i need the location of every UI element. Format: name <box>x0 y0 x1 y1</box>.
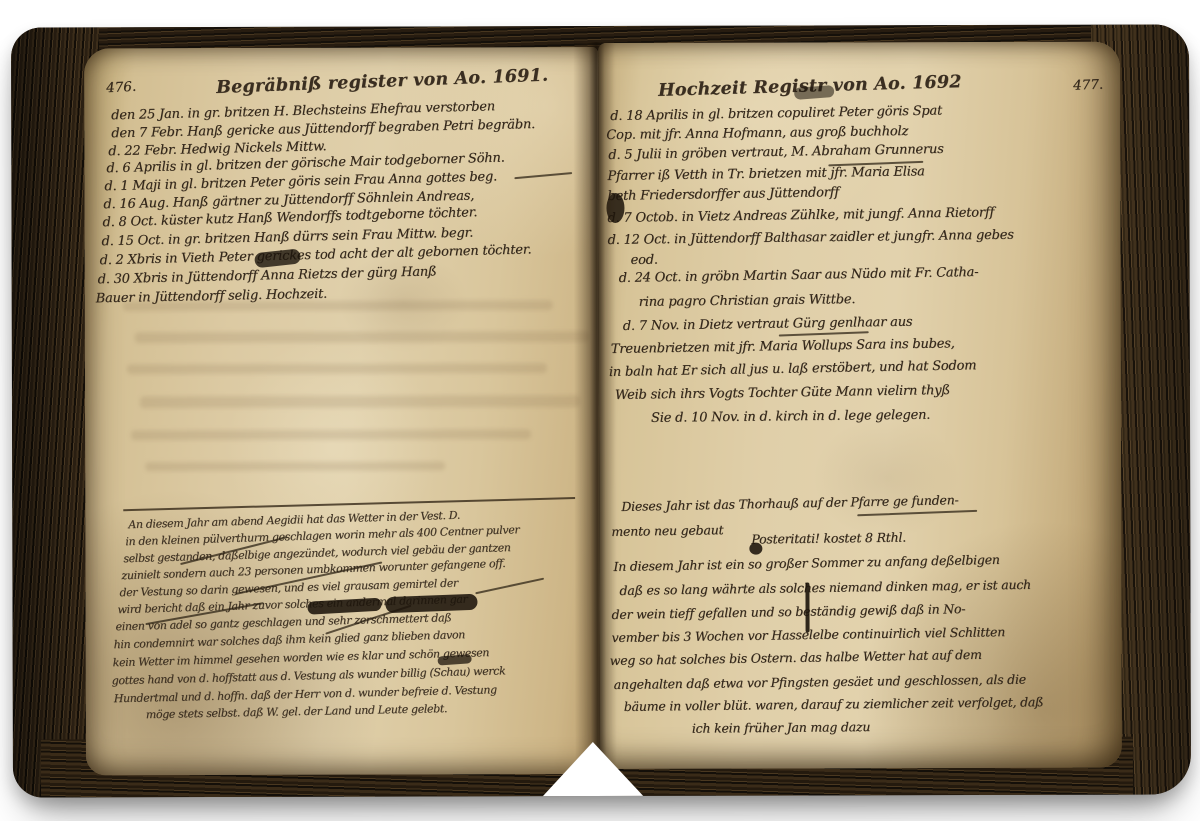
show-through <box>127 363 547 374</box>
ink-smudge <box>794 85 835 100</box>
register-entry-line: beth Friedersdorffer aus Jüttendorff <box>607 185 839 204</box>
note-line: angehalten daß etwa vor Pfingsten gesäet… <box>614 672 1026 692</box>
left-page-header: Begräbniß register von Ao. 1691. <box>216 66 549 98</box>
photo-background: 476. Begräbniß register von Ao. 1691. de… <box>0 0 1200 821</box>
register-entry-line: Pfarrer iß Vetth in Tr. brietzen mit jfr… <box>607 164 925 184</box>
show-through <box>145 461 445 471</box>
underline-mark <box>779 331 869 336</box>
bottom-page-gap <box>541 742 645 798</box>
show-through <box>123 300 553 311</box>
right-page-number: 477. <box>1073 77 1104 94</box>
strike-through-mark <box>514 172 572 179</box>
register-entry-line: d. 7 Octob. in Vietz Andreas Zühlke, mit… <box>607 205 994 226</box>
note-line: möge stets selbst. daß W. gel. der Land … <box>146 702 448 721</box>
register-entry-line: d. 5 Julii in gröben vertraut, M. Abraha… <box>608 142 944 163</box>
note-line: ich kein früher Jan mag dazu <box>692 719 870 736</box>
note-line: Posteritati! kostet 8 Rthl. <box>751 530 906 547</box>
ink-blot <box>307 598 382 615</box>
left-page-number: 476. <box>106 79 137 97</box>
register-entry-line: eod. <box>631 253 658 268</box>
ink-blot <box>749 543 762 555</box>
left-page: 476. Begräbniß register von Ao. 1691. de… <box>84 47 600 775</box>
note-line: daß es so lang währte als solches nieman… <box>619 577 1031 598</box>
underline-mark <box>857 510 977 517</box>
register-entry-line: rina pagro Christian grais Wittbe. <box>639 292 856 310</box>
note-line: der wein tieff gefallen und so beständig… <box>611 601 965 622</box>
show-through <box>140 395 580 408</box>
register-entry-line: d. 24 Oct. in gröbn Martin Saar aus Nüdo… <box>619 265 979 286</box>
show-through <box>131 429 531 440</box>
register-entry-line: Sie d. 10 Nov. in d. kirch in d. lege ge… <box>651 408 930 426</box>
note-line: Dieses Jahr ist das Thorhauß auf der Pfa… <box>621 492 959 514</box>
note-line: mento neu gebaut <box>611 522 723 539</box>
note-line: In diesem Jahr ist ein so großer Sommer … <box>613 552 1000 574</box>
register-entry-line: Treuenbrietzen mit jfr. Maria Wollups Sa… <box>611 336 955 357</box>
register-entry-line: d. 7 Nov. in Dietz vertraut Gürg genlhaa… <box>623 315 913 334</box>
book-gutter-shadow <box>573 42 617 770</box>
slash-mark <box>475 578 544 595</box>
ink-smudge <box>437 654 472 665</box>
note-block-top-rule <box>123 497 575 511</box>
register-entry-line: in baln hat Er sich all jus u. laß erstö… <box>609 358 977 380</box>
register-entry-line: d. 18 Aprilis in gl. britzen copuliret P… <box>610 103 942 124</box>
ink-blot <box>385 594 478 613</box>
note-line: weg so hat solches bis Ostern. das halbe… <box>610 647 982 668</box>
right-page: 477. Hochzeit Registr von Ao. 1692 d. 18… <box>598 42 1122 769</box>
register-entry-line: Cop. mit jfr. Anna Hofmann, aus groß buc… <box>606 124 908 143</box>
open-book: 476. Begräbniß register von Ao. 1691. de… <box>11 24 1191 797</box>
register-entry-line: d. 12 Oct. in Jüttendorff Balthasar zaid… <box>607 228 1013 248</box>
note-line: bäume in voller blüt. waren, darauf zu z… <box>624 694 1044 714</box>
register-entry-line: Weib sich ihrs Vogts Tochter Güte Mann v… <box>615 383 950 403</box>
ink-streak <box>805 582 809 632</box>
show-through <box>135 331 590 343</box>
register-entry-line: d. 30 Xbris in Jüttendorff Anna Rietzs d… <box>97 264 436 287</box>
